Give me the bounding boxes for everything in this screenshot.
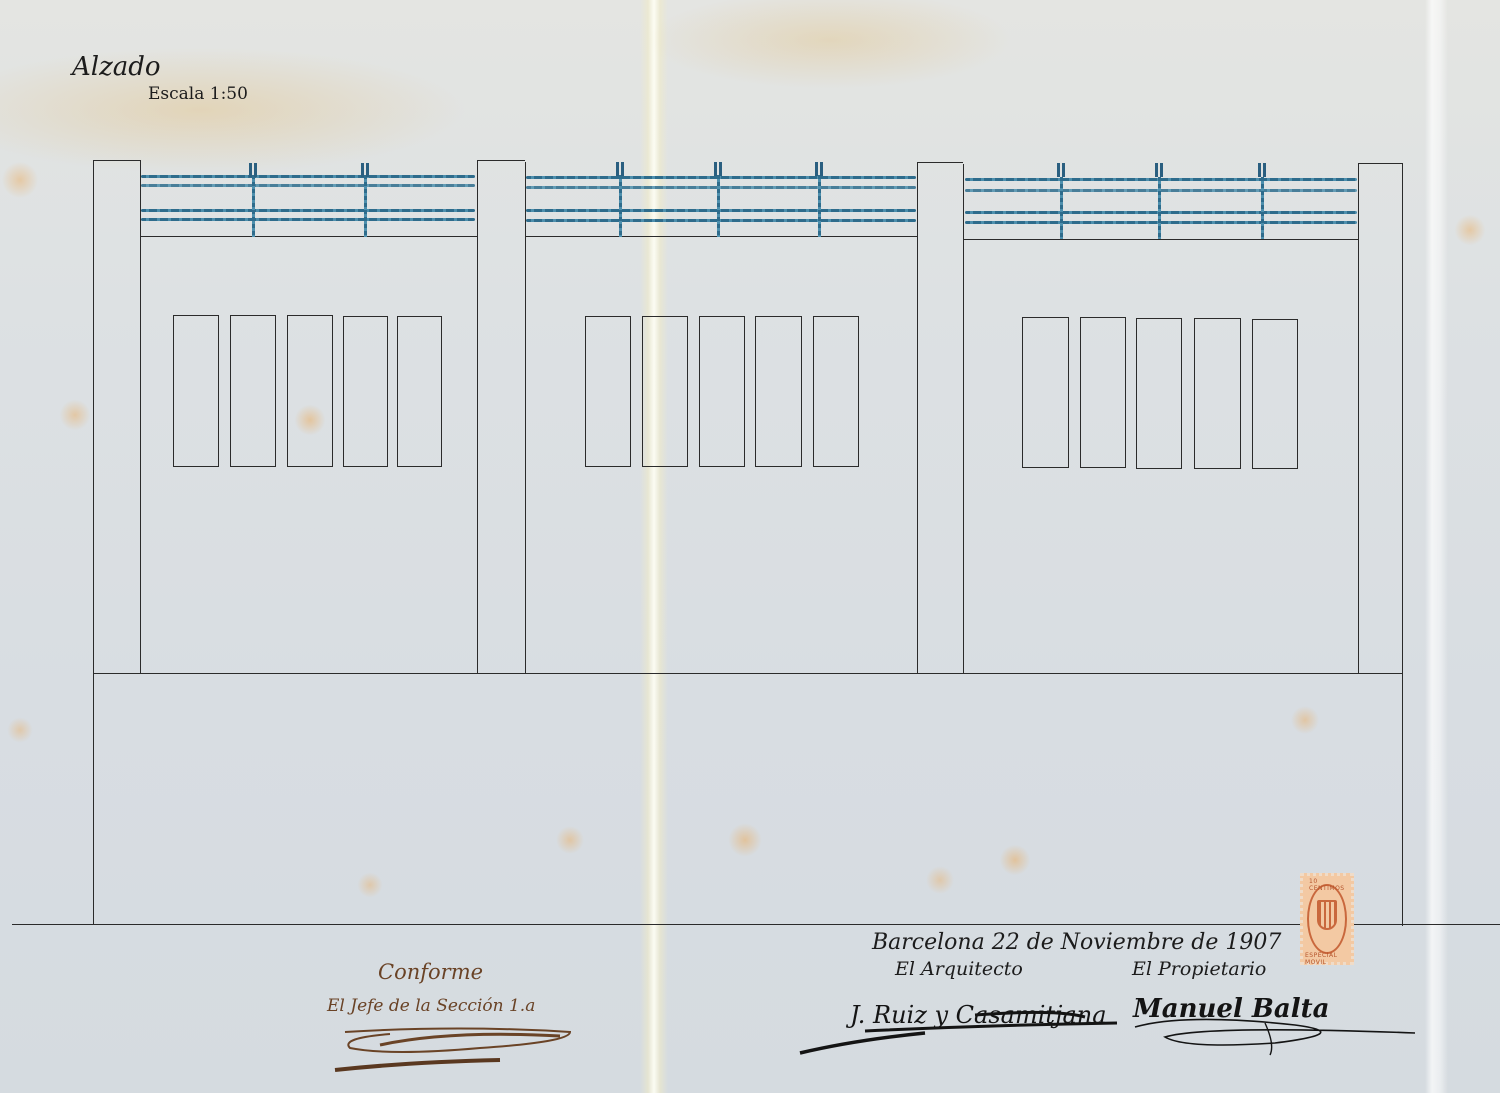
window-panel: [642, 316, 688, 467]
window-panel: [755, 316, 802, 467]
drawing-title: Alzado: [72, 52, 161, 82]
window-panel: [1022, 317, 1069, 468]
window-panel: [287, 315, 333, 467]
window-panel: [813, 316, 859, 467]
stamp-top-text: 10 CENTIMOS: [1309, 878, 1351, 892]
window-panel: [1252, 319, 1298, 469]
wall-top-3: [963, 239, 1358, 240]
wall-top-1: [140, 236, 477, 237]
owner-signature: Manuel Balta: [1125, 985, 1425, 1060]
window-panel: [397, 316, 442, 467]
wall-top-2: [525, 236, 917, 237]
architect-signature: J. Ruiz y Casamitjana: [795, 985, 1125, 1060]
approval-label: Conforme: [378, 960, 483, 984]
revenue-stamp: 10 CENTIMOS ESPECIAL MOVIL: [1300, 873, 1354, 965]
stamp-bottom-text: ESPECIAL MOVIL: [1305, 952, 1351, 966]
window-panel: [343, 316, 388, 467]
ground-line: [12, 924, 1500, 925]
approval-role: El Jefe de la Sección 1.a: [327, 996, 535, 1016]
approval-signature: [330, 1020, 580, 1080]
window-panel: [230, 315, 276, 467]
window-panel: [173, 315, 219, 467]
architect-label: El Arquitecto: [895, 958, 1023, 980]
window-panel: [699, 316, 745, 467]
plinth-line: [93, 673, 1403, 674]
window-panel: [1136, 318, 1182, 469]
place-date: Barcelona 22 de Noviembre de 1907: [872, 930, 1281, 955]
window-panel: [1080, 317, 1126, 468]
drawing-scale: Escala 1:50: [148, 84, 248, 104]
window-panel: [1194, 318, 1241, 469]
window-panel: [585, 316, 631, 467]
coat-of-arms-icon: [1317, 900, 1337, 930]
owner-label: El Propietario: [1132, 958, 1266, 980]
